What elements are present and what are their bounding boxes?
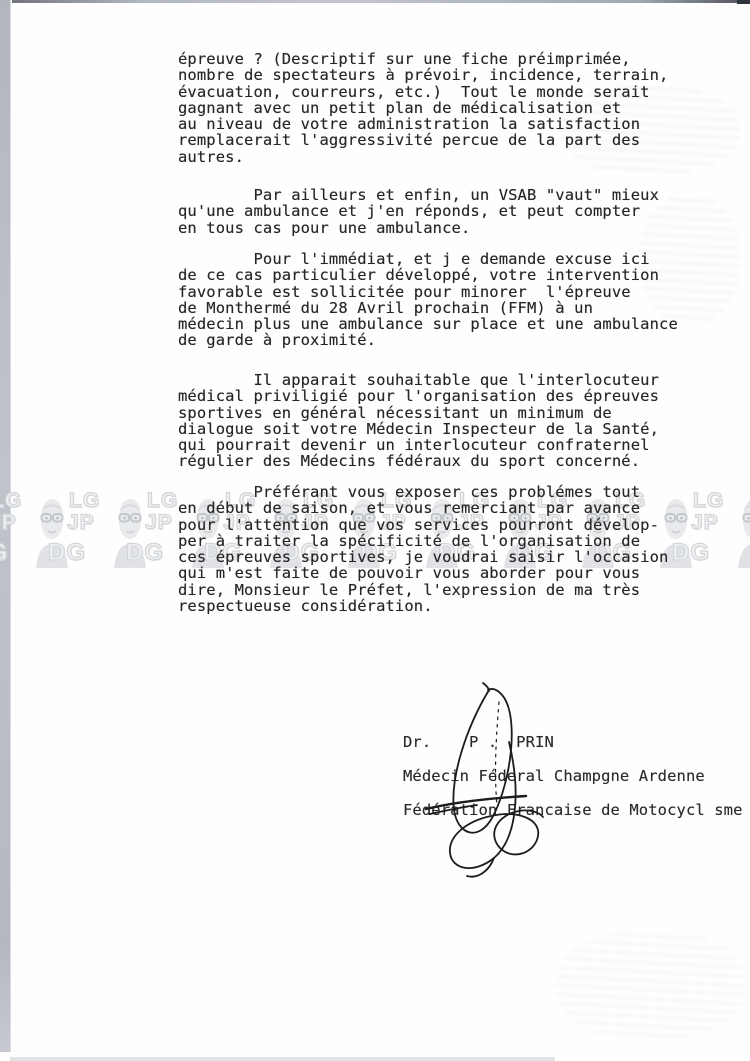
signatory-name: Dr. P . PRIN — [403, 733, 554, 751]
scan-edge-bottom — [10, 1057, 555, 1061]
scan-edge-left — [0, 0, 11, 1052]
letter-paragraph-2: Par ailleurs et enfin, un VSAB "vaut" mi… — [178, 187, 698, 236]
letter-paragraph-1: épreuve ? (Descriptif sur une fiche préi… — [178, 51, 698, 165]
bleed-through-smudge — [555, 930, 745, 1040]
watermark-letters-lg: LG — [147, 489, 178, 513]
watermark-cluster: LG JP DG — [736, 487, 750, 579]
watermark-face-icon — [736, 492, 750, 568]
scan-edge-top — [12, 0, 750, 3]
watermark-face-icon — [34, 492, 70, 568]
watermark-letters-jp: JP — [145, 511, 173, 535]
signatory-organization: Fédération Francaise de Motocycl sme — [403, 801, 743, 819]
signatory-title: Médecin Féderal Champgne Ardenne — [403, 767, 705, 785]
letter-paragraph-5: Préférant vous exposer ces problémes tou… — [178, 484, 698, 614]
watermark-cluster: LG JP DG — [34, 487, 112, 579]
watermark-face-icon — [112, 492, 148, 568]
letter-paragraph-4: Il apparait souhaitable que l'interlocut… — [178, 372, 698, 470]
letter-paragraph-3: Pour l'immédiat, et j e demande excuse i… — [178, 251, 698, 349]
watermark-letters-dg: DG — [48, 539, 86, 567]
watermark-letters-lg: LG — [69, 489, 100, 513]
watermark-letters-dg: DG — [126, 539, 164, 567]
scanned-letter-page: LG JP DG LG JP DG — [0, 0, 750, 1061]
watermark-letters-jp: JP — [67, 511, 95, 535]
scan-corner-mark — [737, 0, 750, 4]
